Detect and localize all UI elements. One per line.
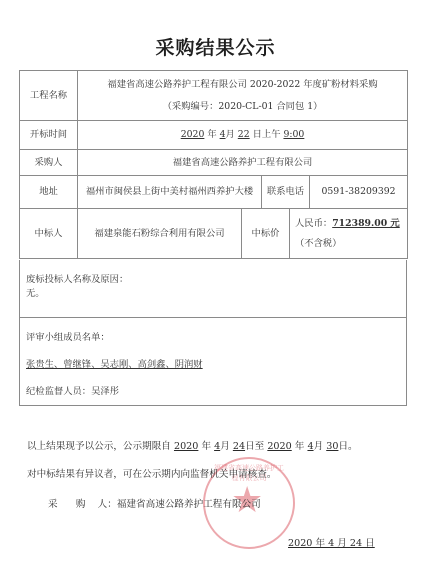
- year-char-1: 年: [198, 441, 214, 452]
- row-bid-opening: 开标时间 2020 年 4月 22 日上午 9:00: [20, 121, 408, 150]
- end-year: 2020: [267, 441, 291, 452]
- winning-price-value: 人民币：712389.00 元（不含税）: [290, 209, 408, 259]
- review-members: 张贵生、曾继锋、吴志刚、高剑鑫、阴润财: [26, 359, 203, 370]
- row-winner: 中标人 福建泉能石粉综合利用有限公司 中标价 人民币：712389.00 元（不…: [20, 209, 408, 259]
- signature-date: 2020 年 4 月 24 日: [288, 535, 375, 549]
- row-project-name: 工程名称 福建省高速公路养护工程有限公司 2020-2022 年度矿粉材料采购 …: [20, 71, 408, 121]
- purchaser-value: 福建省高速公路养护工程有限公司: [78, 150, 408, 176]
- objection-notice: 对中标结果有异议者，可在公示期内向监督机关申请核查。: [27, 466, 276, 480]
- bid-day-suffix: 日上午: [250, 129, 284, 140]
- project-name-value: 福建省高速公路养护工程有限公司 2020-2022 年度矿粉材料采购 （采购编号…: [78, 71, 408, 121]
- supervisor-name: 吴泽彤: [91, 386, 119, 397]
- disqualified-value: 无。: [20, 285, 406, 299]
- project-name-line2: （采购编号：2020-CL-01 合同包 1）: [82, 96, 403, 118]
- footer-purchaser: 采 购 人：福建省高速公路养护工程有限公司: [48, 496, 261, 510]
- address-label: 地址: [20, 176, 78, 209]
- day-char-2: 日。: [338, 441, 357, 452]
- price-amount: 712389.00 元: [332, 218, 400, 229]
- publicity-prefix: 以上结果现予以公示，公示期限自: [27, 441, 174, 452]
- bid-opening-label: 开标时间: [20, 121, 78, 150]
- row-address: 地址 福州市闽侯县上街中美村福州西养护大楼 联系电话 0591-38209392: [20, 176, 408, 209]
- end-day: 30: [326, 441, 338, 452]
- page-title: 采购结果公示: [0, 33, 431, 60]
- disqualified-section: 废标投标人名称及原因： 无。: [19, 260, 407, 318]
- row-purchaser: 采购人 福建省高速公路养护工程有限公司: [20, 150, 408, 176]
- review-members-line: 张贵生、曾继锋、吴志刚、高剑鑫、阴润财: [20, 343, 406, 370]
- bid-time: 9:00: [283, 129, 304, 140]
- bid-day: 22: [238, 129, 250, 140]
- publicity-period: 以上结果现予以公示，公示期限自 2020 年 4月 24日至 2020 年 4月…: [27, 438, 358, 452]
- phone-value: 0591-38209392: [310, 176, 408, 209]
- supervisor-label: 纪检监督人员：: [26, 386, 91, 397]
- address-value: 福州市闽侯县上街中美村福州西养护大楼: [78, 176, 262, 209]
- review-label: 评审小组成员名单：: [20, 317, 406, 343]
- procurement-result-table: 工程名称 福建省高速公路养护工程有限公司 2020-2022 年度矿粉材料采购 …: [19, 70, 408, 259]
- winner-label: 中标人: [20, 209, 78, 259]
- project-name-line1: 福建省高速公路养护工程有限公司 2020-2022 年度矿粉材料采购: [82, 74, 403, 96]
- supervisor-line: 纪检监督人员：吴泽彤: [20, 370, 406, 397]
- footer-purchaser-label: 采 购 人：: [48, 499, 117, 510]
- bid-year-suffix: 年: [204, 129, 219, 140]
- bid-year: 2020: [181, 129, 205, 140]
- review-section: 评审小组成员名单： 张贵生、曾继锋、吴志刚、高剑鑫、阴润财 纪检监督人员：吴泽彤: [19, 317, 407, 406]
- price-prefix: 人民币：: [295, 218, 332, 229]
- purchaser-label: 采购人: [20, 150, 78, 176]
- winning-price-label: 中标价: [242, 209, 290, 259]
- footer-purchaser-value: 福建省高速公路养护工程有限公司: [117, 499, 261, 510]
- year-char-2: 年: [292, 441, 308, 452]
- winner-value: 福建泉能石粉综合利用有限公司: [78, 209, 242, 259]
- month-char-2: 月: [314, 441, 327, 452]
- bid-month-suffix: 月: [226, 129, 238, 140]
- start-year: 2020: [174, 441, 198, 452]
- month-char-1: 月: [220, 441, 233, 452]
- bid-opening-value: 2020 年 4月 22 日上午 9:00: [78, 121, 408, 150]
- disqualified-label: 废标投标人名称及原因：: [20, 260, 406, 285]
- phone-label: 联系电话: [262, 176, 310, 209]
- day-char-1: 日至: [245, 441, 267, 452]
- project-name-label: 工程名称: [20, 71, 78, 121]
- start-day: 24: [233, 441, 245, 452]
- price-suffix: （不含税）: [295, 238, 342, 249]
